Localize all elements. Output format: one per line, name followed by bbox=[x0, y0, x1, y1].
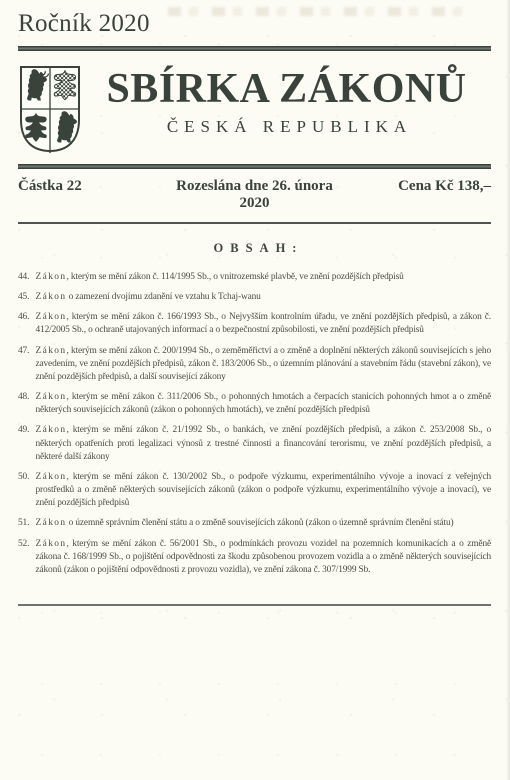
item-text: Zákon, kterým se mění zákon č. 311/2006 … bbox=[36, 391, 492, 417]
masthead-subtitle: ČESKÁ REPUBLIKA bbox=[82, 117, 491, 137]
top-rule bbox=[18, 46, 491, 51]
contents-heading: OBSAH: bbox=[0, 241, 510, 256]
item-lead-word: Zákon bbox=[36, 346, 67, 356]
item-text: Zákon, kterým se mění zákon č. 200/1994 … bbox=[36, 345, 492, 384]
item-number: 44. bbox=[18, 271, 36, 284]
item-rest-text: , kterým se mění zákon č. 130/2002 Sb., … bbox=[36, 472, 492, 508]
item-lead-word: Zákon bbox=[36, 312, 67, 322]
contents-item: 50. Zákon, kterým se mění zákon č. 130/2… bbox=[18, 471, 491, 510]
issue-bar: Částka 22 Rozeslána dne 26. února 2020 C… bbox=[0, 169, 510, 222]
item-text: Zákon o zamezení dvojímu zdanění ve vzta… bbox=[36, 291, 492, 304]
contents-item: 49. Zákon, kterým se mění zákon č. 21/19… bbox=[18, 424, 491, 463]
item-lead-word: Zákon bbox=[36, 425, 67, 435]
distribution-date: Rozeslána dne 26. února 2020 bbox=[176, 178, 334, 212]
item-rest-text: , kterým se mění zákon č. 21/1992 Sb., o… bbox=[36, 425, 492, 461]
contents-item: 44. Zákon, kterým se mění zákon č. 114/1… bbox=[18, 271, 491, 284]
czech-coat-of-arms-emblem bbox=[18, 64, 82, 154]
item-text: Zákon o územně správním členění státu a … bbox=[36, 517, 492, 530]
item-number: 47. bbox=[18, 345, 36, 384]
item-text: Zákon, kterým se mění zákon č. 114/1995 … bbox=[36, 271, 492, 284]
issue-number: Částka 22 bbox=[18, 178, 176, 195]
contents-item: 48. Zákon, kterým se mění zákon č. 311/2… bbox=[18, 391, 491, 417]
item-text: Zákon, kterým se mění zákon č. 130/2002 … bbox=[36, 471, 492, 510]
contents-list: 44. Zákon, kterým se mění zákon č. 114/1… bbox=[18, 271, 491, 577]
item-lead-word: Zákon bbox=[36, 392, 67, 402]
item-lead-word: Zákon bbox=[36, 539, 67, 549]
contents-item: 46. Zákon, kterým se mění zákon č. 166/1… bbox=[18, 311, 491, 337]
item-number: 50. bbox=[18, 471, 36, 510]
item-number: 51. bbox=[18, 517, 36, 530]
item-number: 46. bbox=[18, 311, 36, 337]
contents-item: 51. Zákon o územně správním členění stát… bbox=[18, 517, 491, 530]
contents-item: 47. Zákon, kterým se mění zákon č. 200/1… bbox=[18, 345, 491, 384]
item-text: Zákon, kterým se mění zákon č. 21/1992 S… bbox=[36, 424, 492, 463]
item-rest-text: o zamezení dvojímu zdanění ve vztahu k T… bbox=[66, 292, 260, 302]
item-lead-word: Zákon bbox=[36, 518, 67, 528]
item-text: Zákon, kterým se mění zákon č. 166/1993 … bbox=[36, 311, 492, 337]
item-rest-text: , kterým se mění zákon č. 56/2001 Sb., o… bbox=[36, 539, 492, 575]
item-number: 45. bbox=[18, 291, 36, 304]
item-lead-word: Zákon bbox=[36, 272, 67, 282]
item-rest-text: , kterým se mění zákon č. 114/1995 Sb., … bbox=[66, 272, 403, 282]
item-number: 49. bbox=[18, 424, 36, 463]
gazette-page: Ročník 2020 bbox=[0, 0, 510, 780]
price-label: Cena Kč 138,– bbox=[333, 178, 491, 195]
item-number: 48. bbox=[18, 391, 36, 417]
contents-item: 52. Zákon, kterým se mění zákon č. 56/20… bbox=[18, 538, 491, 577]
item-text: Zákon, kterým se mění zákon č. 56/2001 S… bbox=[36, 538, 492, 577]
item-rest-text: , kterým se mění zákon č. 166/1993 Sb., … bbox=[36, 312, 492, 335]
masthead-title: SBÍRKA ZÁKONŮ bbox=[82, 68, 491, 110]
bleedthrough-artifact bbox=[168, 7, 463, 16]
contents-bottom-rule bbox=[18, 604, 491, 606]
issue-bar-rule bbox=[18, 222, 491, 224]
item-lead-word: Zákon bbox=[36, 472, 67, 482]
item-number: 52. bbox=[18, 538, 36, 577]
contents-item: 45. Zákon o zamezení dvojímu zdanění ve … bbox=[18, 291, 491, 304]
masthead: SBÍRKA ZÁKONŮ ČESKÁ REPUBLIKA bbox=[18, 64, 491, 156]
item-lead-word: Zákon bbox=[36, 292, 67, 302]
item-rest-text: o územně správním členění státu a o změn… bbox=[66, 518, 453, 528]
item-rest-text: , kterým se mění zákon č. 311/2006 Sb., … bbox=[36, 392, 492, 415]
item-rest-text: , kterým se mění zákon č. 200/1994 Sb., … bbox=[36, 346, 492, 382]
